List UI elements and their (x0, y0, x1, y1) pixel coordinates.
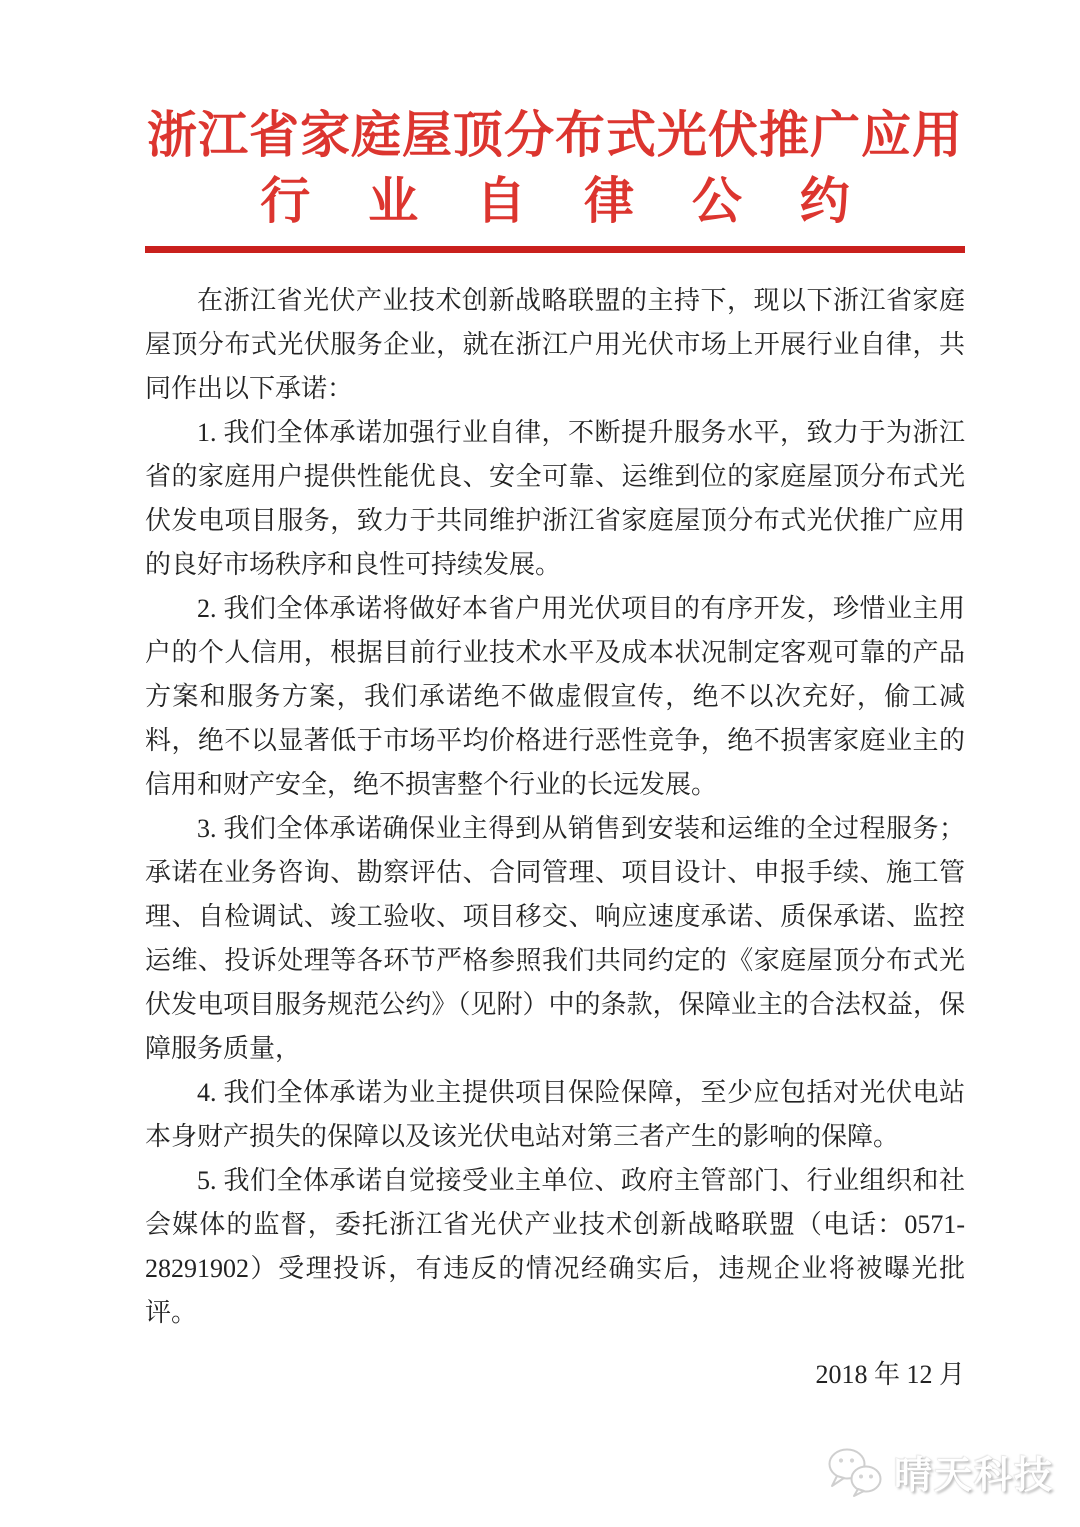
watermark-brand-text: 晴天科技 (894, 1444, 1054, 1499)
document-page: 浙江省家庭屋顶分布式光伏推广应用 行 业 自 律 公 约 在浙江省光伏产业技术创… (0, 0, 1080, 1527)
title-underline-rule (145, 246, 965, 253)
pledge-item-4: 4. 我们全体承诺为业主提供项目保险保障，至少应包括对光伏电站本身财产损失的保障… (145, 1071, 965, 1159)
title-line-2: 行 业 自 律 公 约 (145, 170, 965, 232)
wechat-bubbles-icon (826, 1446, 886, 1498)
pledge-item-1: 1. 我们全体承诺加强行业自律，不断提升服务水平，致力于为浙江省的家庭用户提供性… (145, 411, 965, 587)
document-content: 浙江省家庭屋顶分布式光伏推广应用 行 业 自 律 公 约 在浙江省光伏产业技术创… (0, 0, 1080, 1397)
pledge-item-3: 3. 我们全体承诺确保业主得到从销售到安装和运维的全过程服务；承诺在业务咨询、勘… (145, 807, 965, 1071)
intro-paragraph: 在浙江省光伏产业技术创新战略联盟的主持下，现以下浙江省家庭屋顶分布式光伏服务企业… (145, 279, 965, 411)
title-line-1: 浙江省家庭屋顶分布式光伏推广应用 (145, 104, 965, 166)
signature-date: 2018 年 12 月 (145, 1353, 965, 1397)
document-body: 在浙江省光伏产业技术创新战略联盟的主持下，现以下浙江省家庭屋顶分布式光伏服务企业… (145, 279, 965, 1335)
pledge-item-2: 2. 我们全体承诺将做好本省户用光伏项目的有序开发，珍惜业主用户的个人信用，根据… (145, 587, 965, 807)
document-title: 浙江省家庭屋顶分布式光伏推广应用 行 业 自 律 公 约 (145, 104, 965, 232)
pledge-item-5: 5. 我们全体承诺自觉接受业主单位、政府主管部门、行业组织和社会媒体的监督，委托… (145, 1159, 965, 1335)
brand-watermark: 晴天科技 (826, 1444, 1054, 1499)
